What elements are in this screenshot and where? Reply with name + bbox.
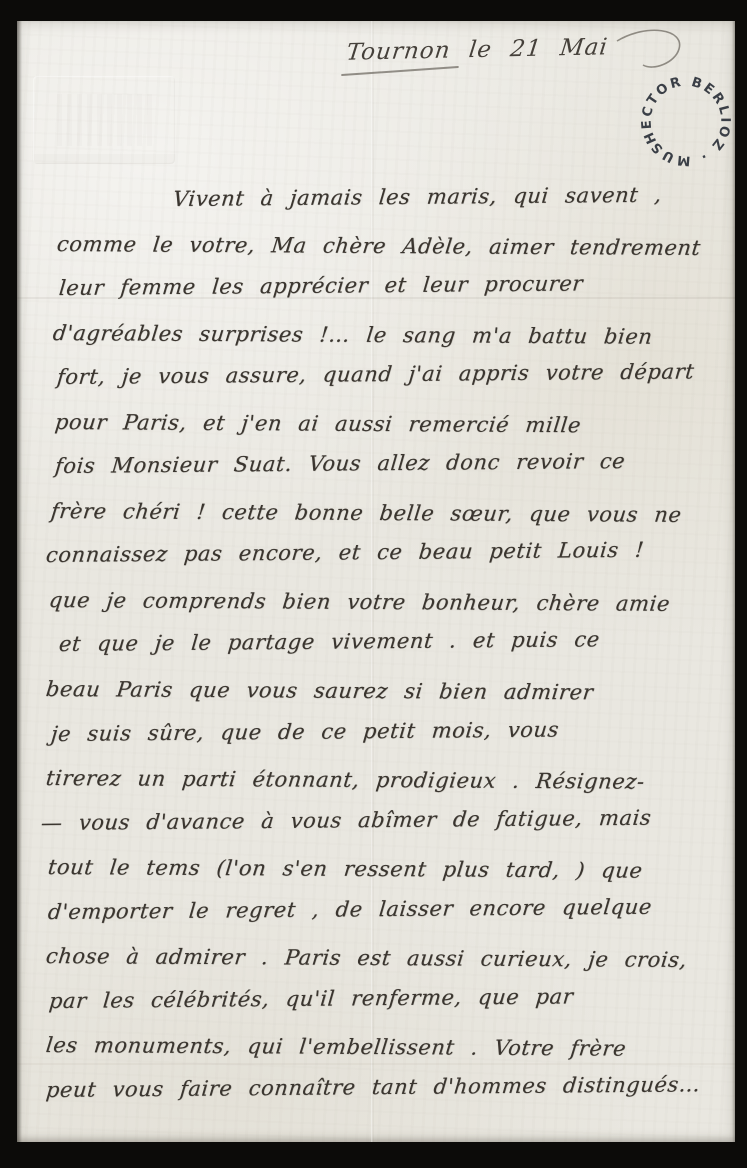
manuscript-line: — vous d'avance à vous abîmer de fatigue… — [39, 795, 729, 846]
manuscript-line: fois Monsieur Suat. Vous allez donc revo… — [53, 438, 729, 488]
manuscript-line: fort, je vous assure, quand j'ai appris … — [55, 349, 729, 399]
manuscript-line: connaissez pas encore, et ce beau petit … — [44, 527, 729, 578]
manuscript-line: d'emporter le regret , de laisser encore… — [46, 884, 729, 935]
manuscript-body: Vivent à jamais les maris, qui savent , … — [41, 177, 727, 1112]
manuscript-line: leur femme les apprécier et leur procure… — [57, 260, 729, 310]
manuscript-line: et que je le partage vivement . et puis … — [57, 617, 729, 667]
manuscript-line: Vivent à jamais les maris, qui savent , — [171, 172, 729, 221]
dateline: Tournon le 21 Mai — [345, 34, 609, 65]
scan-background: Tournon le 21 Mai HECTOR BERLIOZ · MUSEE… — [0, 0, 747, 1168]
embossed-seal — [33, 76, 175, 164]
letter-paper: Tournon le 21 Mai HECTOR BERLIOZ · MUSEE… — [17, 21, 735, 1142]
manuscript-line: par les célébrités, qu'il renferme, que … — [47, 973, 729, 1024]
manuscript-line: je suis sûre, que de ce petit mois, vous — [49, 706, 729, 756]
manuscript-line: peut vous faire connaître tant d'hommes … — [44, 1062, 729, 1113]
